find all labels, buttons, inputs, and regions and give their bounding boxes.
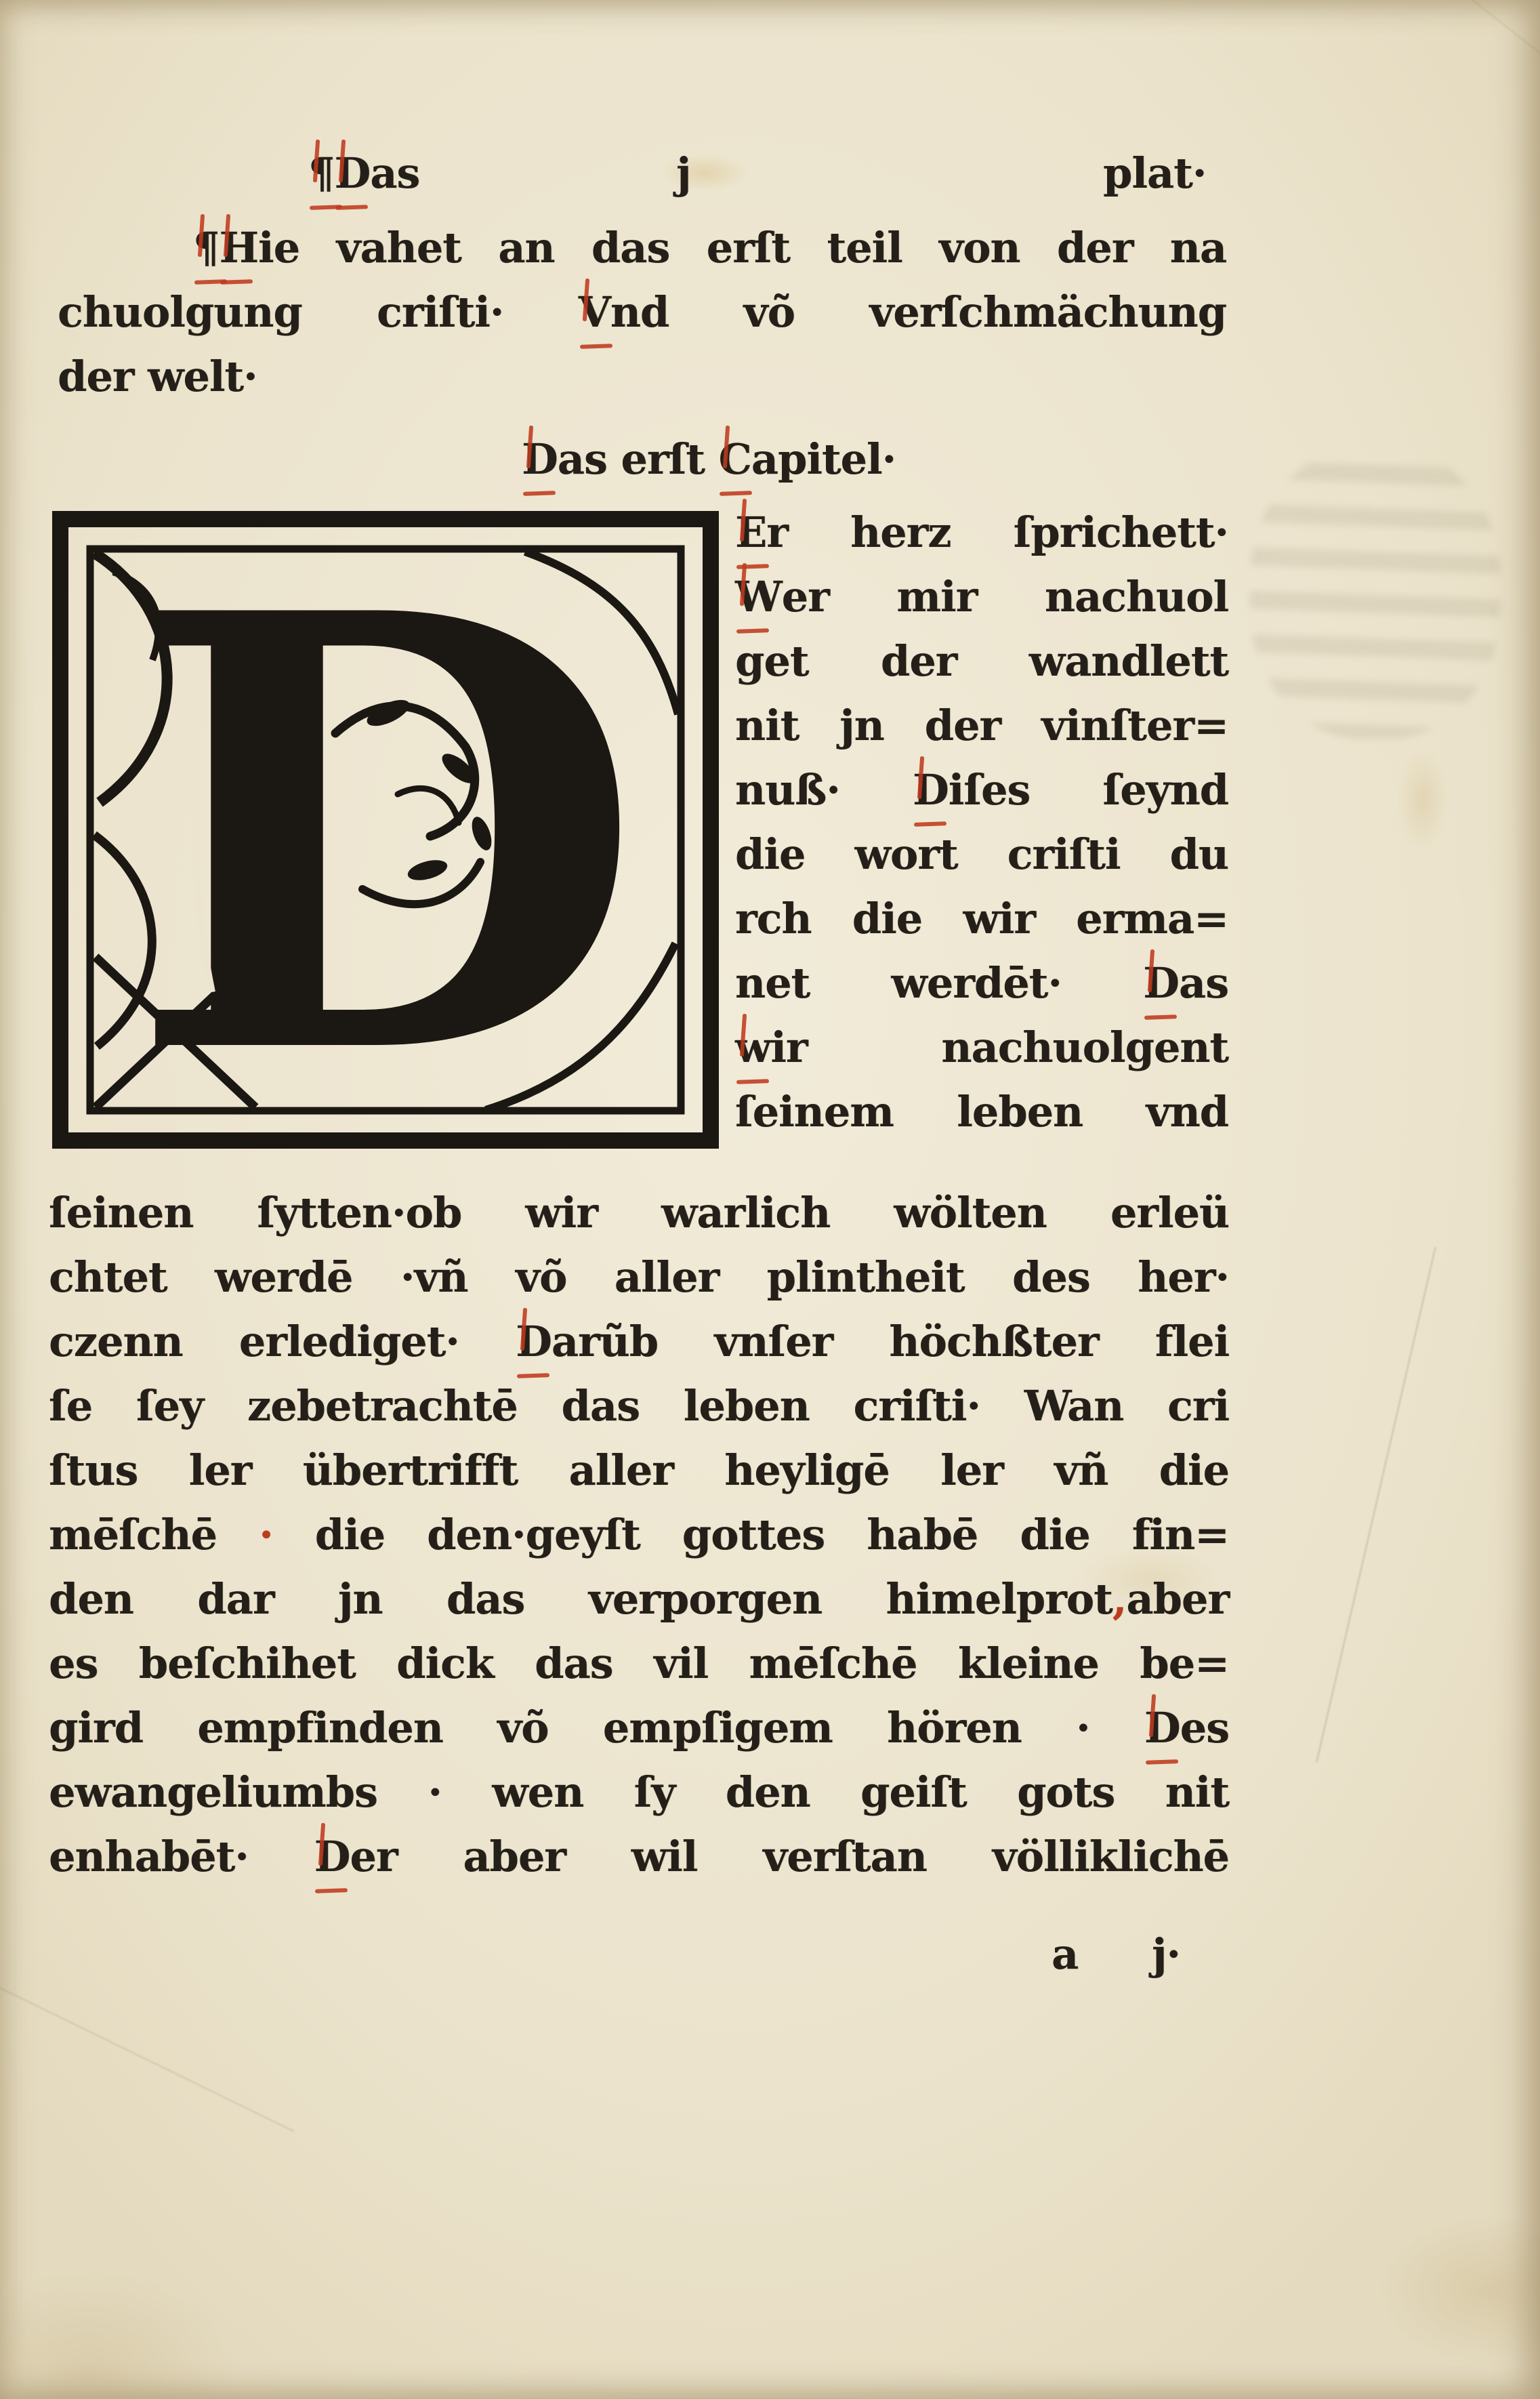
- rubricated-initial: D: [913, 758, 949, 822]
- rubricated-initial: D: [1144, 1696, 1180, 1760]
- text-line: der welt·: [58, 344, 1226, 409]
- rubricated-initial: D: [314, 1824, 350, 1889]
- rubricated-initial: ¶: [193, 216, 219, 280]
- incipit: ¶Hie vahet an das erſt teil von der na c…: [58, 216, 1226, 409]
- text-line: gird empfinden võ empſigem hören · Des: [49, 1696, 1229, 1760]
- quire-signature: a j·: [0, 1922, 1540, 1986]
- crease-line: [1415, 0, 1540, 73]
- red-mark: ,: [1112, 1574, 1127, 1624]
- text-line: ſeinen ſytten·ob wir warlich wölten erle…: [49, 1181, 1229, 1245]
- text-line: ewangeliumbs · wen ſy den geiſt gots nit: [49, 1760, 1229, 1824]
- text-line: die wort criſti du: [735, 822, 1228, 886]
- text-line: net werdēt· Das: [735, 951, 1228, 1015]
- rubricated-initial: W: [735, 565, 782, 629]
- text-line: mēſchē · die den·geyſt gottes habē die f…: [49, 1502, 1229, 1567]
- folio-number: j: [676, 141, 690, 205]
- text-line: nuß· Diſes ſeynd: [735, 758, 1228, 822]
- text-line: Wer mir nachuol: [735, 565, 1228, 629]
- rubricated-initial: w: [735, 1015, 770, 1080]
- text-line: chtet werdē ·vñ võ aller plintheit des h…: [49, 1245, 1229, 1309]
- text-line: get der wandlett: [735, 629, 1228, 693]
- book-page: ¶Das j plat· ¶Hie vahet an das erſt teil…: [0, 0, 1540, 2399]
- red-mark: ·: [259, 1510, 273, 1559]
- text-line: wir nachuolgent: [735, 1015, 1228, 1080]
- crease-line: [0, 1976, 294, 2132]
- rubricated-initial: D: [516, 1309, 552, 1374]
- rubricated-initial: H: [219, 216, 258, 280]
- column-text: Er herz ſprichett· Wer mir nachuol get d…: [735, 500, 1228, 1144]
- signature-letter: a: [1052, 1922, 1078, 1986]
- bleedthrough-ghost: [1250, 447, 1501, 739]
- rubricated-initial: ¶: [308, 141, 334, 205]
- text-line: enhabēt· Der aber wil verſtan völliklich…: [49, 1824, 1229, 1889]
- running-head-plat: plat·: [1103, 141, 1206, 205]
- text-line: ſe ſey zebetrachtē das leben criſti· Wan…: [49, 1374, 1229, 1438]
- text-line: nit jn der vinſter=: [735, 693, 1228, 758]
- crease-line: [1316, 1247, 1436, 1762]
- text-line: ſeinem leben vnd: [735, 1080, 1228, 1144]
- text-line: chuolgung criſti· Vnd võ verſchmächung: [58, 280, 1226, 344]
- running-head: ¶Das j plat·: [0, 141, 1540, 205]
- text-line: Er herz ſprichett·: [735, 500, 1228, 565]
- rubricated-initial: E: [735, 500, 766, 565]
- rubricated-initial: D: [334, 141, 370, 205]
- rubricated-initial: D: [1143, 951, 1179, 1015]
- text-line: rch die wir erma=: [735, 886, 1228, 951]
- running-head-das: ¶Das: [308, 141, 419, 205]
- text-line: ſtus ler übertrifft aller heyligē ler vñ…: [49, 1438, 1229, 1502]
- text-line: czenn erlediget· Darũb vnſer höchßter fl…: [49, 1309, 1229, 1374]
- rubricated-initial: V: [579, 280, 610, 344]
- body-text: ſeinen ſytten·ob wir warlich wölten erle…: [49, 1181, 1229, 1889]
- rubricated-initial: D: [522, 427, 558, 491]
- signature-numeral: j·: [1152, 1922, 1180, 1986]
- text-line: den dar jn das verporgen himelprot,aber: [49, 1567, 1229, 1631]
- woodcut-initial-d: D: [51, 510, 720, 1150]
- woodcut-letter: D: [127, 510, 644, 1150]
- text-line: es beſchihet dick das vil mēſchē kleine …: [49, 1631, 1229, 1696]
- chapter-heading: Das erſt Capitel·: [522, 427, 896, 491]
- rubricated-initial: C: [718, 427, 751, 491]
- text-line: ¶Hie vahet an das erſt teil von der na: [58, 216, 1226, 280]
